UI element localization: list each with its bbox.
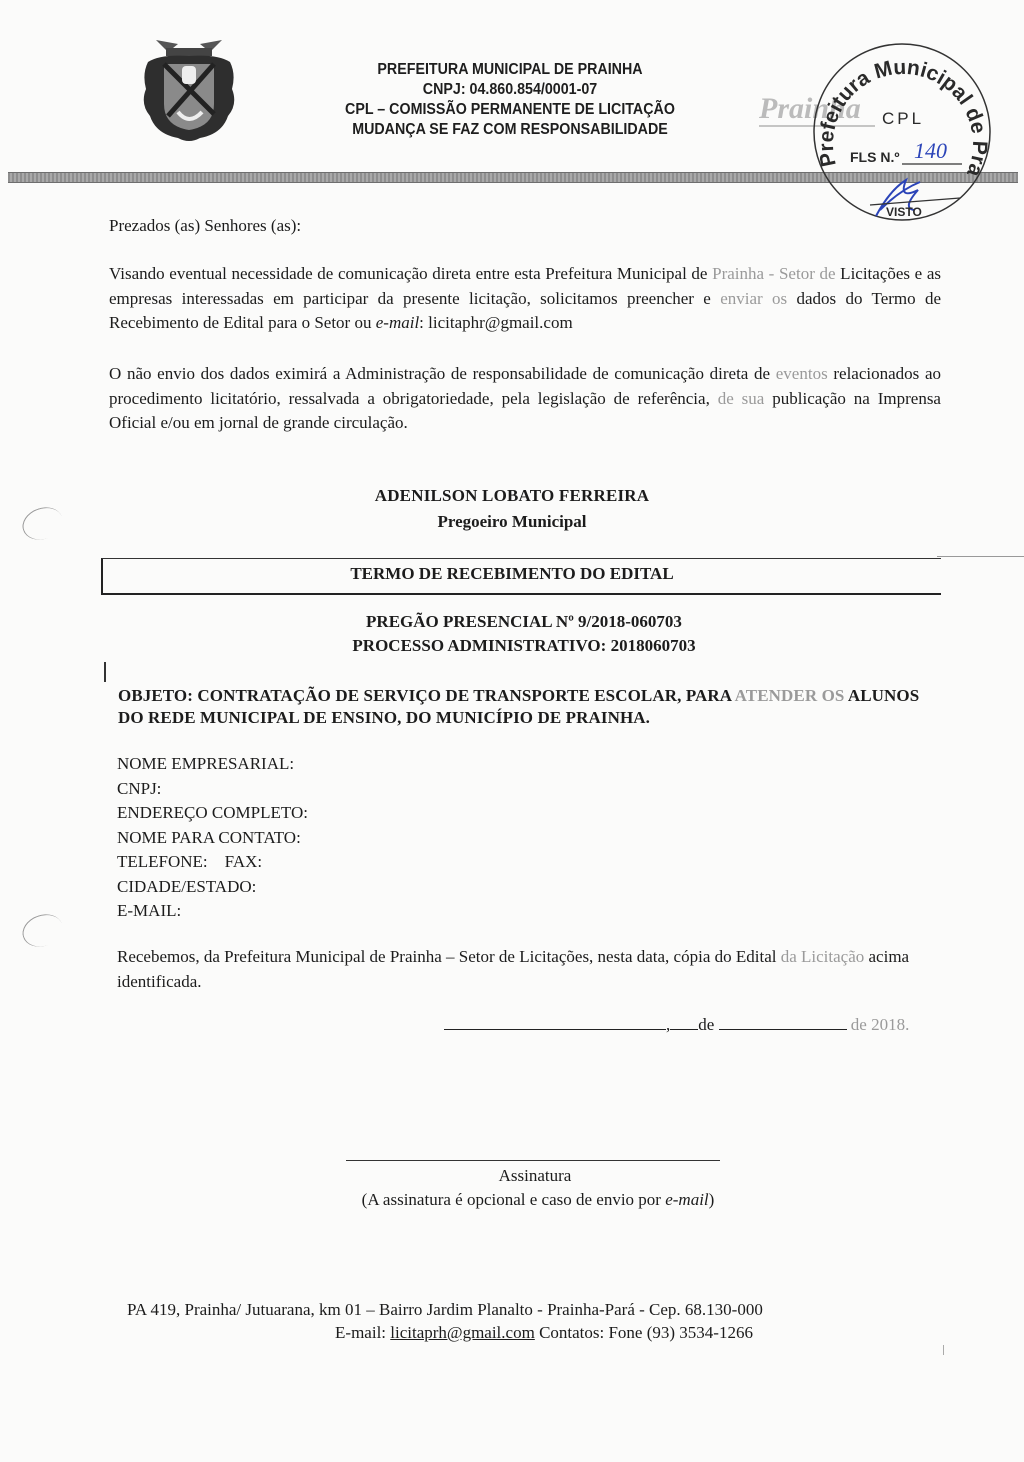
objeto: OBJETO: CONTRATAÇÃO DE SERVIÇO DE TRANSP… [118, 685, 940, 729]
cpl-stamp-icon: Prefeitura Municipal de Prainha CPL FLS … [810, 40, 995, 225]
company-form: NOME EMPRESARIAL: CNPJ: ENDEREÇO COMPLET… [117, 752, 308, 924]
field-email[interactable]: E-MAIL: [117, 899, 308, 924]
svg-text:FLS N.º: FLS N.º [850, 149, 899, 165]
text: Recebemos, da Prefeitura Municipal de Pr… [117, 947, 781, 966]
letterhead-line: MUDANÇA SE FAZ COM RESPONSABILIDADE [317, 120, 703, 140]
month-blank[interactable] [719, 1015, 847, 1030]
signatory-role: Pregoeiro Municipal [0, 512, 1024, 532]
footer-contacts: E-mail: licitaprh@gmail.com Contatos: Fo… [0, 1323, 1024, 1343]
text: Visando eventual necessidade de comunica… [109, 264, 712, 283]
faded-text: de sua [718, 389, 765, 408]
margin-mark [104, 662, 106, 682]
text: OBJETO: CONTRATAÇÃO DE SERVIÇO DE TRANSP… [118, 686, 735, 705]
letterhead-line: CNPJ: 04.860.854/0001-07 [317, 80, 703, 100]
letterhead-line: CPL – COMISSÃO PERMANENTE DE LICITAÇÃO [317, 100, 703, 120]
year-text: de 2018. [851, 1015, 910, 1034]
footer-address: PA 419, Prainha/ Jutuarana, km 01 – Bair… [127, 1300, 763, 1320]
faded-text: da Licitação [781, 947, 865, 966]
scan-mark [943, 1345, 944, 1355]
text: (A assinatura é opcional e caso de envio… [362, 1190, 666, 1209]
contact-email: : licitaphr@gmail.com [419, 313, 573, 332]
signatory-name: ADENILSON LOBATO FERREIRA [0, 486, 1024, 506]
field-cnpj[interactable]: CNPJ: [117, 777, 308, 802]
date-line: ,de de 2018. [444, 1015, 909, 1035]
letterhead: PREFEITURA MUNICIPAL DE PRAINHA CNPJ: 04… [300, 60, 720, 140]
signature-line[interactable] [346, 1160, 720, 1161]
faded-text: ATENDER OS [735, 686, 845, 705]
field-contact-name[interactable]: NOME PARA CONTATO: [117, 826, 308, 851]
email-word: e-mail [665, 1190, 708, 1209]
day-blank[interactable] [670, 1015, 698, 1030]
termo-title: TERMO DE RECEBIMENTO DO EDITAL [0, 564, 1024, 584]
intro-paragraph: Visando eventual necessidade de comunica… [109, 262, 941, 336]
text: de [698, 1015, 714, 1034]
text: E-mail: [335, 1323, 390, 1342]
field-phone-fax[interactable]: TELEFONE: FAX: [117, 850, 308, 875]
field-address[interactable]: ENDEREÇO COMPLETO: [117, 801, 308, 826]
footer-email-link[interactable]: licitaprh@gmail.com [390, 1323, 535, 1342]
text: O não envio dos dados eximirá a Administ… [109, 364, 776, 383]
disclaimer-paragraph: O não envio dos dados eximirá a Administ… [109, 362, 941, 436]
processo-number: PROCESSO ADMINISTRATIVO: 2018060703 [0, 636, 1024, 656]
signature-note: (A assinatura é opcional e caso de envio… [0, 1190, 1024, 1210]
email-label: e-mail [376, 313, 419, 332]
receipt-paragraph: Recebemos, da Prefeitura Municipal de Pr… [117, 945, 941, 994]
pregao-number: PREGÃO PRESENCIAL Nº 9/2018-060703 [0, 612, 1024, 632]
letterhead-line: PREFEITURA MUNICIPAL DE PRAINHA [317, 60, 703, 80]
signature-label: Assinatura [0, 1166, 1024, 1186]
svg-text:140: 140 [914, 138, 947, 163]
salutation: Prezados (as) Senhores (as): [109, 214, 941, 239]
text: ) [709, 1190, 715, 1209]
punch-hole-mark [18, 909, 67, 952]
coat-of-arms-icon [138, 34, 240, 146]
text: Contatos: Fone (93) 3534-1266 [535, 1323, 753, 1342]
punch-hole-mark [18, 502, 67, 545]
field-company-name[interactable]: NOME EMPRESARIAL: [117, 752, 308, 777]
city-blank[interactable] [444, 1015, 666, 1030]
svg-text:CPL: CPL [882, 109, 924, 128]
faded-text: eventos [776, 364, 828, 383]
faded-text: enviar os [720, 289, 787, 308]
field-city-state[interactable]: CIDADE/ESTADO: [117, 875, 308, 900]
faded-text: Prainha - Setor de [712, 264, 835, 283]
